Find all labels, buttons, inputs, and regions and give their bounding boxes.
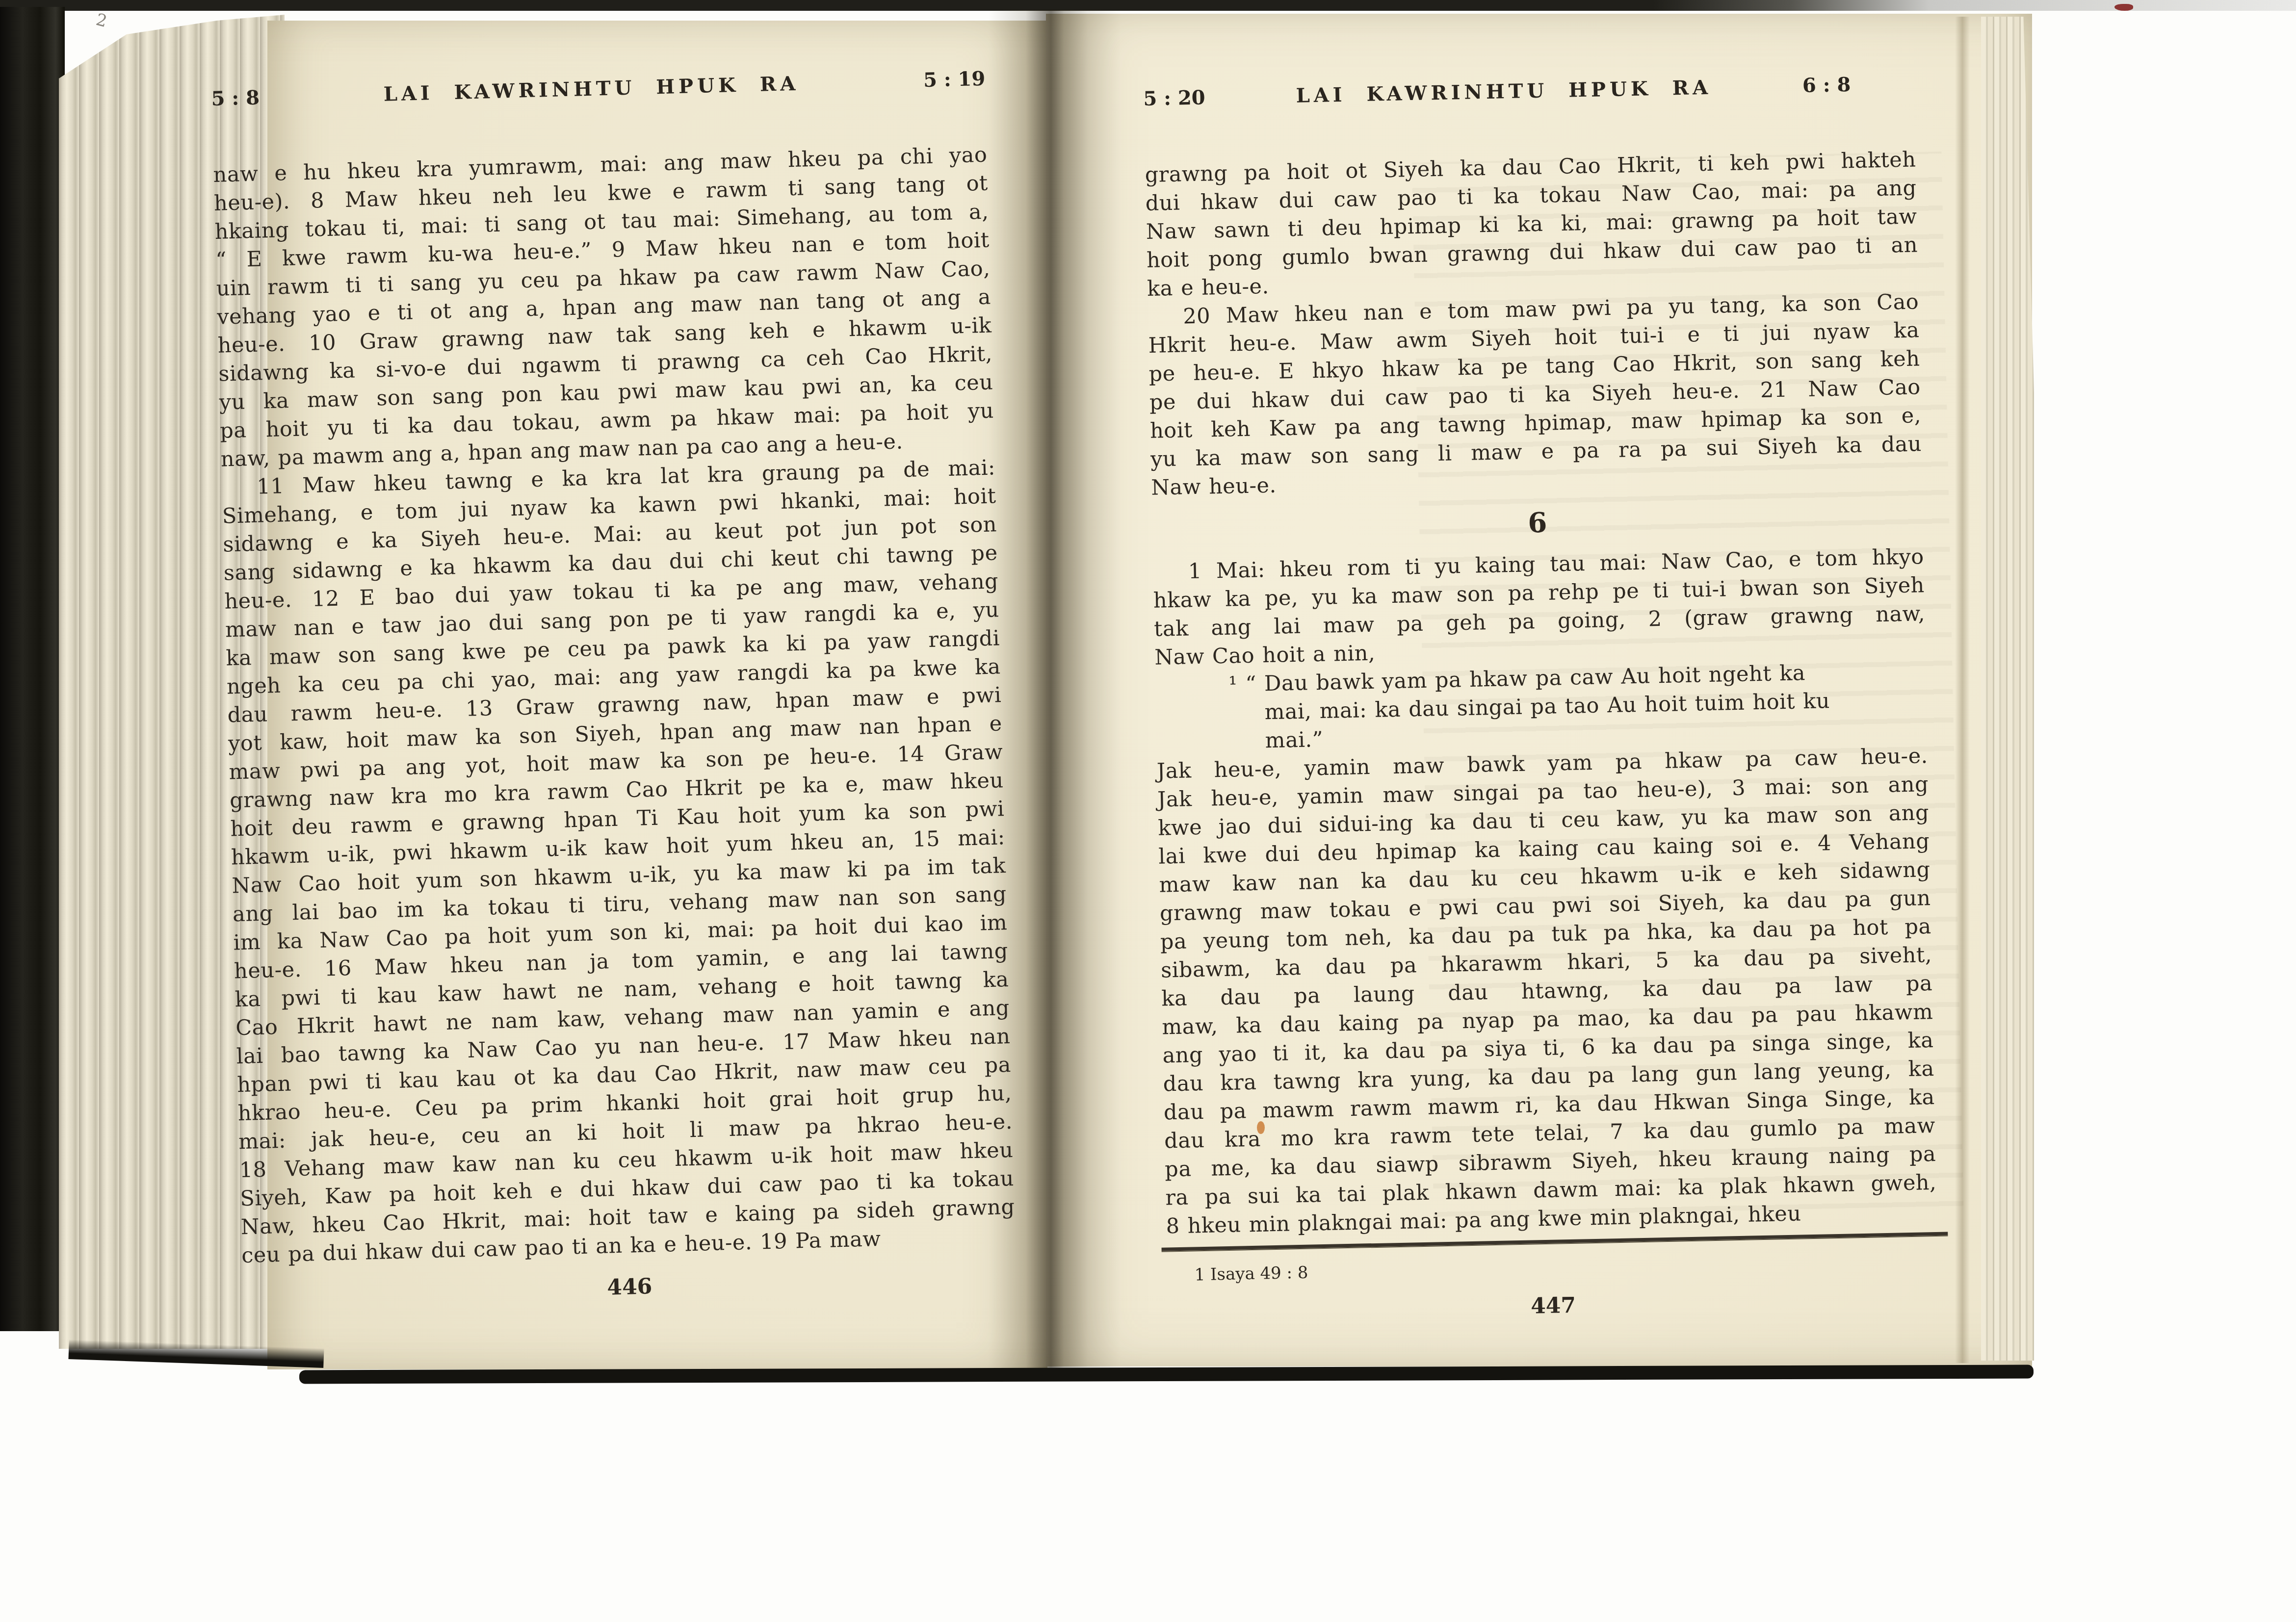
book-cover-edge [0, 7, 65, 1331]
page-crease [1955, 17, 1970, 1363]
left-header-verse-start: 5 : 8 [211, 85, 260, 112]
right-page-body: grawng pa hoit ot Siyeh ka dau Cao Hkrit… [1145, 145, 1937, 1240]
footnote: 1 Isaya 49 : 8 [1194, 1249, 1938, 1286]
page-stack-right [1981, 17, 2034, 1361]
scan-top-edge [0, 0, 2296, 11]
right-header-verse-start: 5 : 20 [1143, 85, 1205, 112]
chapter-number: 6 [1152, 499, 1924, 546]
scanned-book-spread: { "colors": { "paper": "#f0e9d2", "ink":… [0, 0, 2296, 1622]
pencil-mark: 2 [94, 10, 109, 31]
left-header-verse-end: 5 : 19 [923, 66, 985, 93]
right-header-verse-end: 6 : 8 [1802, 72, 1851, 99]
red-speck [2114, 4, 2133, 11]
right-page-text: 5 : 20 LAI KAWRINHTU HPUK RA 6 : 8 grawn… [1143, 71, 1939, 1326]
left-page-text: 5 : 8 LAI KAWRINHTU HPUK RA 5 : 19 naw e… [211, 66, 1017, 1310]
left-page-body: naw e hu hkeu kra yumrawm, mai: ang maw … [213, 141, 1016, 1270]
